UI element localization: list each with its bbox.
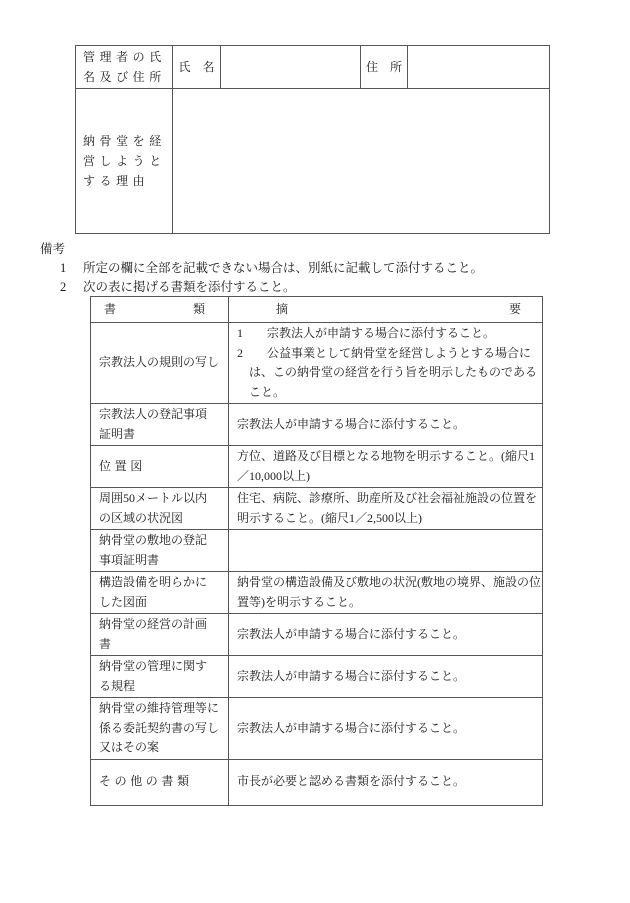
remark-cell: 方位、道路及び目標となる地物を明示すること。(縮尺1 ／10,000以上) xyxy=(229,446,543,488)
table-row: その他の書類 市長が必要と認める書類を添付すること。 xyxy=(91,759,543,805)
remark-cell: 宗教法人が申請する場合に添付すること。 xyxy=(229,614,543,656)
reason-value-cell xyxy=(173,89,550,234)
table-row: 構造設備を明らかに した図面 納骨堂の構造設備及び敷地の状況(敷地の境界、施設の… xyxy=(91,572,543,614)
doc-type-header-cell: 書 類 xyxy=(91,297,229,323)
note-text: 次の表に掲げる書類を添付すること。 xyxy=(83,278,296,297)
remark-header-label: 要 xyxy=(509,300,521,320)
remark-cell: 住宅、病院、診療所、助産所及び社会福祉施設の位置を 明示すること。(縮尺1／2,… xyxy=(229,488,543,530)
table-row: 納骨堂を経 営しようと する理由 xyxy=(76,89,550,234)
note-text: 所定の欄に全部を記載できない場合は、別紙に記載して添付すること。 xyxy=(83,259,483,278)
remark-cell: 市長が必要と認める書類を添付すること。 xyxy=(229,759,543,805)
note-item: 2 次の表に掲げる書類を添付すること。 xyxy=(60,278,600,297)
document-page: 管理者の氏 名及び住所 氏 名 住 所 納骨堂を経 営しようと する理由 備考 … xyxy=(0,0,630,903)
documents-table-header-row: 書 類 摘 要 xyxy=(91,297,543,323)
table-row: 管理者の氏 名及び住所 氏 名 住 所 xyxy=(76,46,550,89)
doc-name-cell: 宗教法人の規則の写し xyxy=(91,323,229,404)
name-label: 氏 名 xyxy=(173,46,221,89)
remark-cell: 宗教法人が申請する場合に添付すること。 xyxy=(229,404,543,446)
table-row: 納骨堂の敷地の登記 事項証明書 xyxy=(91,530,543,572)
table-row: 納骨堂の維持管理等に 係る委託契約書の写し 又はその案 宗教法人が申請する場合に… xyxy=(91,698,543,760)
remark-header-label: 摘 xyxy=(276,300,288,320)
doc-name-cell: その他の書類 xyxy=(91,759,229,805)
doc-name-cell: 位置図 xyxy=(91,446,229,488)
doc-header-label: 書 xyxy=(104,300,116,320)
table-row: 宗教法人の登記事項 証明書 宗教法人が申請する場合に添付すること。 xyxy=(91,404,543,446)
manager-info-table: 管理者の氏 名及び住所 氏 名 住 所 納骨堂を経 営しようと する理由 xyxy=(75,45,550,234)
table-row: 宗教法人の規則の写し 1 宗教法人が申請する場合に添付すること。 2 公益事業と… xyxy=(91,323,543,404)
documents-table: 書 類 摘 要 宗教法人の規則の写し 1 宗教法人が申請する場合に添付すること。… xyxy=(90,296,543,806)
notes-heading: 備考 xyxy=(40,240,600,259)
doc-name-cell: 納骨堂の経営の計画 書 xyxy=(91,614,229,656)
notes-section: 備考 1 所定の欄に全部を記載できない場合は、別紙に記載して添付すること。 2 … xyxy=(40,240,600,297)
note-item: 1 所定の欄に全部を記載できない場合は、別紙に記載して添付すること。 xyxy=(60,259,600,278)
remark-cell: 宗教法人が申請する場合に添付すること。 xyxy=(229,656,543,698)
table-row: 納骨堂の経営の計画 書 宗教法人が申請する場合に添付すること。 xyxy=(91,614,543,656)
doc-name-cell: 納骨堂の維持管理等に 係る委託契約書の写し 又はその案 xyxy=(91,698,229,760)
table-row: 周囲50メートル以内 の区域の状況図 住宅、病院、診療所、助産所及び社会福祉施設… xyxy=(91,488,543,530)
manager-name-address-label: 管理者の氏 名及び住所 xyxy=(76,46,173,89)
doc-name-cell: 構造設備を明らかに した図面 xyxy=(91,572,229,614)
doc-name-cell: 納骨堂の敷地の登記 事項証明書 xyxy=(91,530,229,572)
doc-name-cell: 納骨堂の管理に関す る規程 xyxy=(91,656,229,698)
reason-label: 納骨堂を経 営しようと する理由 xyxy=(76,89,173,234)
table-row: 納骨堂の管理に関す る規程 宗教法人が申請する場合に添付すること。 xyxy=(91,656,543,698)
name-value-cell xyxy=(221,46,361,89)
address-label: 住 所 xyxy=(361,46,408,89)
note-number: 2 xyxy=(60,278,83,297)
remark-cell: 宗教法人が申請する場合に添付すること。 xyxy=(229,698,543,760)
remark-cell: 納骨堂の構造設備及び敷地の状況(敷地の境界、施設の位 置等)を明示すること。 xyxy=(229,572,543,614)
note-number: 1 xyxy=(60,259,83,278)
doc-header-label: 類 xyxy=(193,300,205,320)
address-value-cell xyxy=(408,46,550,89)
doc-name-cell: 宗教法人の登記事項 証明書 xyxy=(91,404,229,446)
remark-cell: 1 宗教法人が申請する場合に添付すること。 2 公益事業として納骨堂を経営しよう… xyxy=(229,323,543,404)
table-row: 位置図 方位、道路及び目標となる地物を明示すること。(縮尺1 ／10,000以上… xyxy=(91,446,543,488)
remark-cell xyxy=(229,530,543,572)
remark-header-cell: 摘 要 xyxy=(229,297,543,323)
doc-name-cell: 周囲50メートル以内 の区域の状況図 xyxy=(91,488,229,530)
